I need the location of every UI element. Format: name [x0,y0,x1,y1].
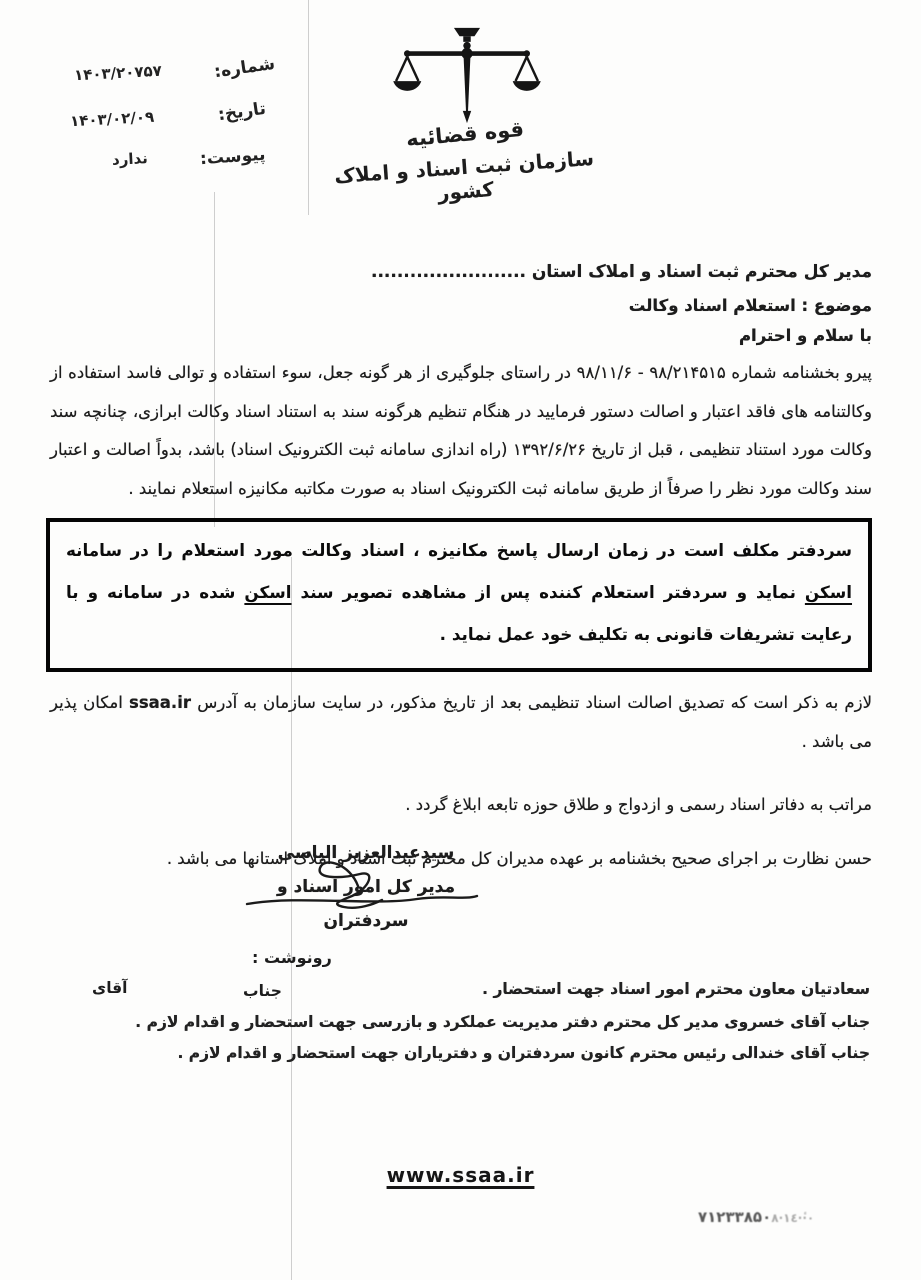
underlined-word-scan: اسکن [243,582,290,602]
cc-label: رونوشت : [251,948,331,967]
number-value: ۱۴۰۳/۲۰۷۵۷ [73,62,162,85]
ssaa-address-text: ssaa.ir [128,693,190,712]
note-text: لازم به ذکر است که تصدیق اصالت اسناد تنظ… [190,693,871,712]
letterhead-organization: سازمان ثبت اسناد و املاک کشور [318,145,611,213]
corner-stamp-number: ۷۱۲۳۳۸۵۰٠·ٔ·١٤·٨ [697,1208,813,1226]
letter-body: مدیر کل محترم ثبت اسناد و املاک استان ..… [49,262,871,879]
scan-fold-line [307,0,308,215]
signer-title: مدیر کل امور اسناد و سردفتران [231,870,499,938]
number-label: شماره: [212,54,275,82]
boxed-text-segment: نماید و سردفتر استعلام کننده پس از مشاهد… [291,582,804,602]
signature-block: سیدعبدالعزیز الیاسی مدیر کل امور اسناد و… [231,836,499,938]
attachment-label: پیوست: [198,145,265,170]
underlined-word-scan: اسکن [804,582,851,602]
organization-website: www.ssaa.ir [0,1163,920,1187]
cc-item: سعادتیان معاون محترم امور اسناد جهت استح… [481,980,869,998]
boxed-text-segment: سردفتر مکلف است در زمان ارسال پاسخ مکانی… [65,540,851,560]
scanned-letter-page: شماره: ۱۴۰۳/۲۰۷۵۷ تاریخ: ۱۴۰۳/۰۲/۰۹ پیوس… [0,0,921,1280]
cc-word-jenab: جناب [242,982,281,1000]
recipient-line: مدیر کل محترم ثبت اسناد و املاک استان ..… [49,262,871,282]
attachment-value: ندارد [111,149,148,169]
subject-line: موضوع : استعلام اسناد وکالت [49,296,871,315]
paragraph-notify-offices: مراتب به دفاتر اسناد رسمی و ازدواج و طلا… [49,786,871,825]
salutation-line: با سلام و احترام [49,326,871,345]
cc-word-aghaye: آقای [91,979,127,997]
letterhead: قوه قضائیه سازمان ثبت اسناد و املاک کشور [319,122,609,203]
cc-item: جناب آقای خسروی مدیر کل محترم دفتر مدیری… [134,1013,869,1031]
paragraph-main: پیرو بخشنامه شماره ۹۸/۲۱۴۵۱۵ - ۹۸/۱۱/۶ د… [49,354,871,508]
date-value: ۱۴۰۳/۰۲/۰۹ [69,108,154,130]
cc-item: جناب آقای خندالی رئیس محترم کانون سردفتر… [176,1044,869,1062]
corner-faint-marks: ٠·ٔ·١٤·٨ [770,1211,813,1225]
paragraph-website-note: لازم به ذکر است که تصدیق اصالت اسناد تنظ… [49,684,871,761]
corner-stamp-digits: ۷۱۲۳۳۸۵۰ [697,1208,770,1226]
signer-name: سیدعبدالعزیز الیاسی [231,836,499,870]
highlighted-directive-box: سردفتر مکلف است در زمان ارسال پاسخ مکانی… [45,518,871,672]
date-label: تاریخ: [216,99,266,125]
